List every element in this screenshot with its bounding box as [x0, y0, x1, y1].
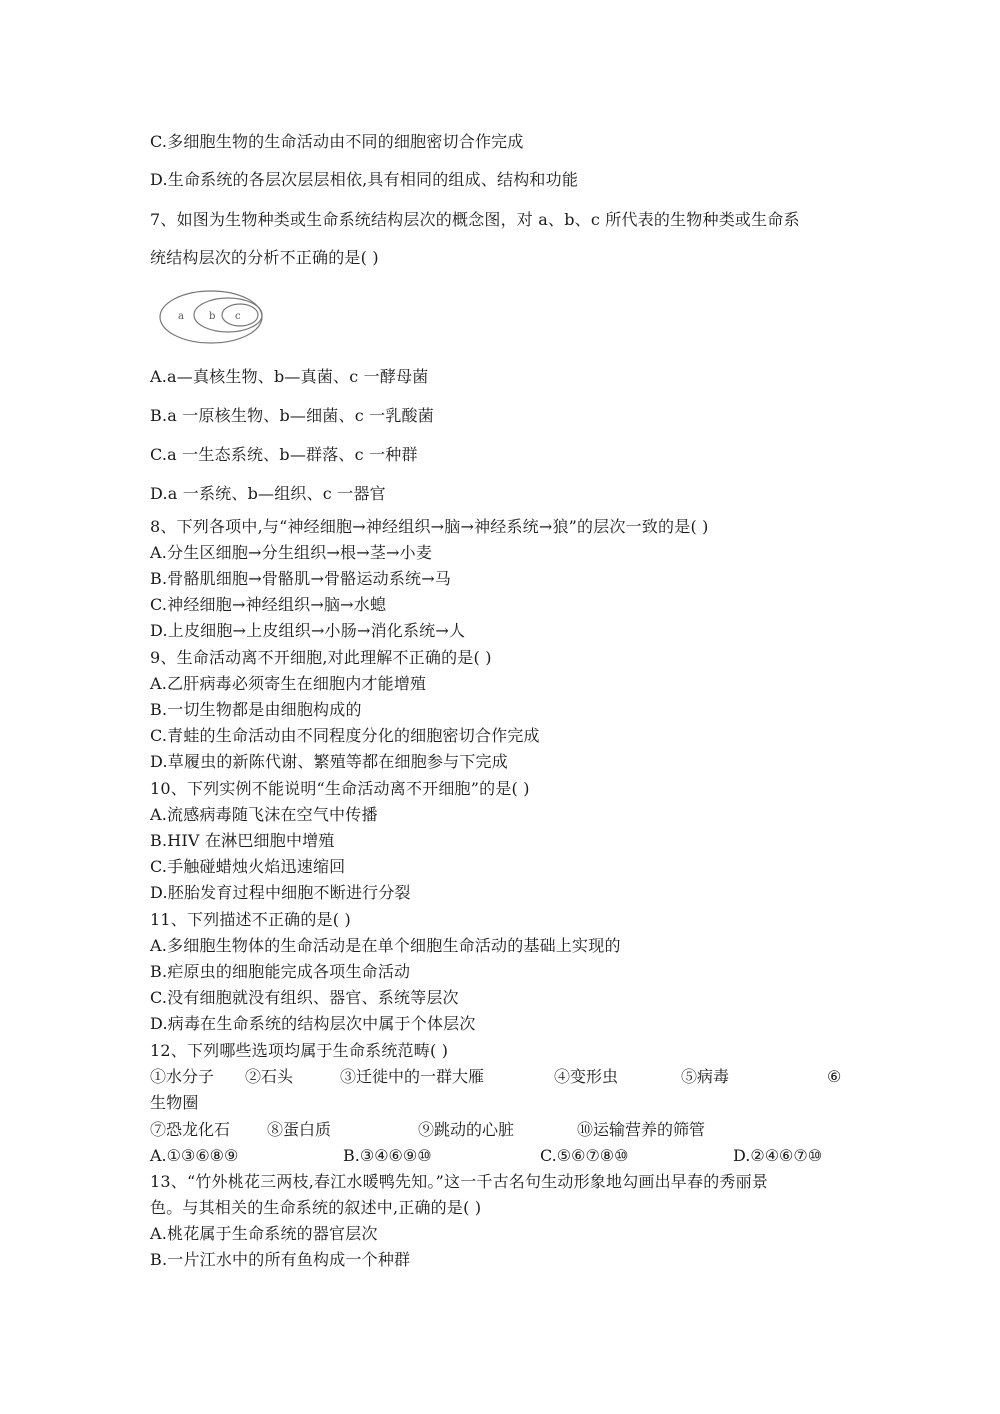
- label-c: c: [235, 311, 241, 322]
- q8-option-a: A.分生区细胞→分生组织→根→茎→小麦: [150, 543, 432, 563]
- label-a: a: [178, 311, 184, 322]
- q12-item-1: ①水分子: [150, 1067, 214, 1087]
- q8-option-b: B.骨骼肌细胞→骨骼肌→骨骼运动系统→马: [150, 569, 451, 589]
- q7-option-a: A.a—真核生物、b—真菌、c 一酵母菌: [150, 367, 428, 387]
- q12-stem: 12、下列哪些选项均属于生命系统范畴( ): [150, 1041, 448, 1061]
- q10-option-c: C.手触碰蜡烛火焰迅速缩回: [150, 857, 345, 877]
- q7-option-d: D.a 一系统、b—组织、c 一器官: [150, 484, 386, 504]
- prev-option-c: C.多细胞生物的生命活动由不同的细胞密切合作完成: [150, 132, 524, 152]
- q11-option-b: B.疟原虫的细胞能完成各项生命活动: [150, 962, 410, 982]
- q11-option-c: C.没有细胞就没有组织、器官、系统等层次: [150, 988, 459, 1008]
- q8-option-c: C.神经细胞→神经组织→脑→水螅: [150, 595, 386, 615]
- q12-option-b: B.③④⑥⑨⑩: [343, 1146, 432, 1166]
- q12-items-row-1: ①水分子 ②石头 ③迁徙中的一群大雁 ④变形虫 ⑤病毒 ⑥: [150, 1067, 850, 1087]
- ellipse-b: [194, 298, 262, 332]
- q12-item-6-wrap: 生物圈: [150, 1093, 199, 1113]
- q12-items-row-2: ⑦恐龙化石 ⑧蛋白质 ⑨跳动的心脏 ⑩运输营养的筛管: [150, 1120, 850, 1140]
- q7-concept-diagram: a b c: [158, 288, 268, 346]
- q12-item-6: ⑥: [827, 1067, 841, 1087]
- q12-item-9: ⑨跳动的心脏: [418, 1120, 514, 1140]
- q13-stem-line-1: 13、“竹外桃花三两枝,春江水暖鸭先知。”这一千古名句生动形象地勾画出早春的秀丽…: [150, 1172, 768, 1192]
- q12-item-8: ⑧蛋白质: [267, 1120, 331, 1140]
- q9-option-a: A.乙肝病毒必须寄生在细胞内才能增殖: [150, 674, 426, 694]
- q7-stem-line-2: 统结构层次的分析不正确的是( ): [150, 248, 379, 268]
- q12-item-4: ④变形虫: [554, 1067, 618, 1087]
- q12-item-2: ②石头: [245, 1067, 293, 1087]
- label-b: b: [209, 311, 215, 322]
- q9-stem: 9、生命活动离不开细胞,对此理解不正确的是( ): [150, 648, 492, 668]
- q11-stem: 11、下列描述不正确的是( ): [150, 910, 351, 930]
- q12-option-a: A.①③⑥⑧⑨: [150, 1146, 238, 1166]
- q13-option-a: A.桃花属于生命系统的器官层次: [150, 1224, 378, 1244]
- q7-option-c: C.a 一生态系统、b—群落、c 一种群: [150, 445, 418, 465]
- q9-option-b: B.一切生物都是由细胞构成的: [150, 700, 362, 720]
- q12-item-5: ⑤病毒: [681, 1067, 729, 1087]
- q10-stem: 10、下列实例不能说明“生命活动离不开细胞”的是( ): [150, 779, 530, 799]
- q11-option-a: A.多细胞生物体的生命活动是在单个细胞生命活动的基础上实现的: [150, 936, 621, 956]
- q12-item-10: ⑩运输营养的筛管: [577, 1120, 705, 1140]
- q8-stem: 8、下列各项中,与“神经细胞→神经组织→脑→神经系统→狼”的层次一致的是( ): [150, 517, 709, 537]
- q12-options: A.①③⑥⑧⑨ B.③④⑥⑨⑩ C.⑤⑥⑦⑧⑩ D.②④⑥⑦⑩: [150, 1146, 850, 1166]
- q13-stem-line-2: 色。与其相关的生命系统的叙述中,正确的是( ): [150, 1198, 481, 1218]
- q12-option-c: C.⑤⑥⑦⑧⑩: [540, 1146, 628, 1166]
- q8-option-d: D.上皮细胞→上皮组织→小肠→消化系统→人: [150, 621, 465, 641]
- q12-item-7: ⑦恐龙化石: [150, 1120, 230, 1140]
- q13-option-b: B.一片江水中的所有鱼构成一个种群: [150, 1250, 410, 1270]
- q12-item-3: ③迁徙中的一群大雁: [340, 1067, 484, 1087]
- q11-option-d: D.病毒在生命系统的结构层次中属于个体层次: [150, 1014, 476, 1034]
- q7-stem-line-1: 7、如图为生物种类或生命系统结构层次的概念图，对 a、b、c 所代表的生物种类或…: [150, 210, 800, 230]
- q12-option-d: D.②④⑥⑦⑩: [733, 1146, 822, 1166]
- q10-option-b: B.HIV 在淋巴细胞中增殖: [150, 831, 335, 851]
- q10-option-d: D.胚胎发育过程中细胞不断进行分裂: [150, 883, 411, 903]
- q10-option-a: A.流感病毒随飞沫在空气中传播: [150, 805, 378, 825]
- prev-option-d: D.生命系统的各层次层层相依,具有相同的组成、结构和功能: [150, 170, 578, 190]
- q7-option-b: B.a 一原核生物、b—细菌、c 一乳酸菌: [150, 406, 434, 426]
- q9-option-c: C.青蛙的生命活动由不同程度分化的细胞密切合作完成: [150, 726, 540, 746]
- q9-option-d: D.草履虫的新陈代谢、繁殖等都在细胞参与下完成: [150, 752, 508, 772]
